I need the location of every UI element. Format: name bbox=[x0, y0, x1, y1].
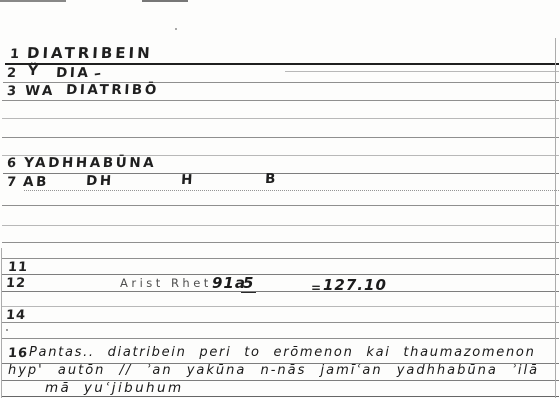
manuscript-siglum: AB bbox=[23, 176, 50, 190]
line-number: 5 bbox=[241, 276, 256, 293]
ruled-line bbox=[2, 205, 559, 206]
entry-word: DIATRIBŌ bbox=[66, 84, 160, 98]
ruled-line bbox=[2, 274, 559, 275]
ruled-line bbox=[2, 100, 559, 101]
ruled-line bbox=[2, 306, 559, 307]
entry-number: 6 bbox=[7, 157, 18, 170]
ruled-line bbox=[2, 322, 559, 323]
manuscript-siglum: B bbox=[265, 173, 279, 187]
scan-edge-artifact bbox=[142, 0, 188, 2]
source-citation: Arist Rhet bbox=[120, 278, 212, 290]
entry-siglum: Y̌ bbox=[28, 65, 41, 79]
entry-number: 14 bbox=[6, 309, 27, 322]
quotation-line: mā yuʿjibuhum bbox=[45, 382, 184, 396]
ruled-line bbox=[2, 137, 559, 138]
ruled-line bbox=[2, 396, 559, 397]
card-right-edge bbox=[555, 38, 556, 398]
entry-word: YADHHABŪNA bbox=[24, 157, 157, 171]
ruled-line bbox=[2, 258, 559, 259]
entry-number: 11 bbox=[8, 261, 29, 274]
ruled-line bbox=[24, 190, 559, 191]
ruled-line bbox=[285, 71, 559, 72]
scan-edge-artifact bbox=[0, 0, 66, 2]
manuscript-siglum: DH bbox=[86, 175, 114, 189]
entry-number: 2 bbox=[7, 67, 18, 80]
entry-number: 16 bbox=[8, 347, 29, 360]
quotation-line: hyp' autōn // ʾan yakūna n-nās jamīʿan y… bbox=[8, 364, 539, 377]
quotation-line: Pantas.. diatribein peri to erōmenon kai… bbox=[29, 346, 536, 359]
ruled-line bbox=[2, 242, 559, 243]
entry-number: 12 bbox=[6, 277, 27, 290]
ruled-line bbox=[2, 225, 559, 226]
ruled-line bbox=[2, 118, 559, 119]
ink-speck bbox=[175, 28, 177, 30]
entry-number: 1 bbox=[10, 48, 21, 61]
ruled-line bbox=[2, 291, 559, 292]
card-left-edge bbox=[1, 248, 2, 398]
entry-headword: DIATRIBEIN bbox=[27, 46, 153, 61]
reference-page: 127.10 bbox=[323, 278, 387, 293]
ruled-line bbox=[2, 338, 559, 339]
equals-sign: = bbox=[311, 282, 321, 294]
ink-speck bbox=[6, 329, 8, 331]
entry-word: DIA bbox=[56, 67, 91, 81]
entry-number: 3 bbox=[7, 85, 18, 98]
index-card: 1 DIATRIBEIN 2 Y̌ DIA – 3 WA DIATRIBŌ 6 … bbox=[0, 0, 560, 398]
dash-mark: – bbox=[93, 67, 102, 82]
entry-word: WA bbox=[25, 85, 56, 99]
manuscript-siglum: H bbox=[181, 174, 196, 188]
entry-number: 7 bbox=[7, 176, 18, 189]
